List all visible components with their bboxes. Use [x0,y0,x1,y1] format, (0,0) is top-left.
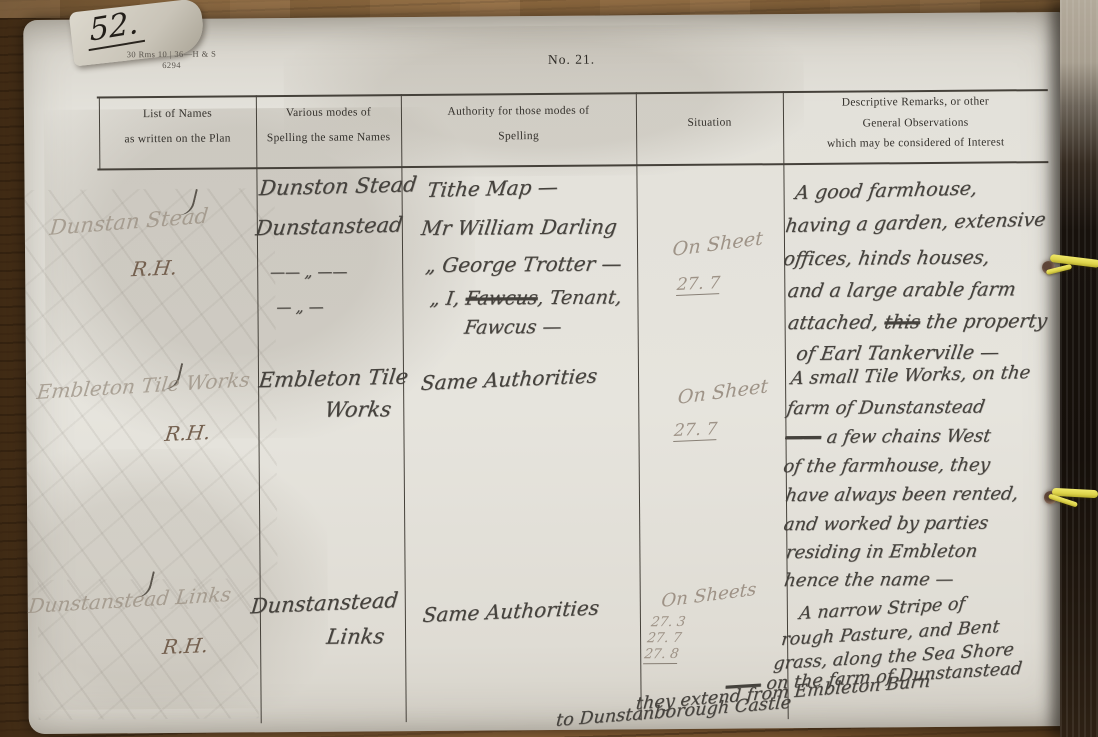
paper-stain [27,448,329,710]
scanned-register-page: 52. 30 Rms 10 | 36—H & S 6294 No. 21. Li… [0,0,1098,737]
entry2-remark-line: have always been rented, [784,485,1019,505]
entry1-authority-1: Tithe Map — [426,177,559,200]
printer-code: 30 Rms 10 | 36—H & S 6294 [101,48,241,70]
entry1-remark-line: having a garden, extensive [784,211,1047,237]
entry1-authority-5: Fawcus — [463,318,563,338]
entry3-situation-number: 27. 7 [646,632,682,646]
entry1-remark-line: attached, this the property [787,312,1049,333]
entry2-spelling-2: Works [323,399,392,421]
entry2-authority-1: Same Authorities [420,365,598,393]
header-line: Various modes of [256,107,401,120]
form-number: No. 21. [511,51,631,68]
entry1-remark-line: offices, hinds houses, [782,249,991,270]
entry1-spelling-3: —— „ —— [269,265,348,281]
entry2-remark-line: farm of Dunstanstead [786,399,987,419]
header-line: Spelling the same Names [256,132,401,145]
header-line: List of Names [99,108,256,121]
entry3-situation-number: 27. 8 [643,648,679,664]
entry1-authority-4: „ I, Fawcus, Tenant, [429,288,623,309]
document-page: 52. 30 Rms 10 | 36—H & S 6294 No. 21. Li… [23,12,1073,734]
entry1-authority-3: „ George Trotter — [424,253,623,275]
entry3-situation-sheet: On Sheets [661,581,757,611]
entry2-situation-sheet: On Sheet [677,377,768,407]
entry2-initials: R.H. [164,422,212,444]
entry2-remark-line: residing in Embleton [785,543,979,563]
entry3-remark-line: A narrow Stripe of [798,596,966,623]
header-line: General Observations [783,117,1048,131]
entry3-initials: R.H. [161,635,209,657]
header-authority: Authority for those modes of Spelling [401,105,636,156]
entry2-remark-line: hence the name — [783,571,955,590]
entry2-remark-line: and worked by parties [782,515,989,535]
entry1-remark-line: of Earl Tankerville — [795,343,1001,364]
entry3-situation-number: 27. 3 [650,616,686,630]
entry3-plan-name: Dunstanstead Links [27,584,232,616]
header-spelling: Various modes of Spelling the same Names [256,107,401,157]
header-line: Spelling [401,130,636,143]
header-names: List of Names as written on the Plan [99,108,256,158]
header-line: which may be considered of Interest [783,137,1048,151]
entry2-remark-line: A small Tile Works, on the [790,364,1032,388]
entry1-spelling-4: — „ — [275,300,324,315]
entry1-initials: R.H. [130,257,178,279]
printer-code-line: 6294 [102,59,242,71]
entry2-situation-number: 27. 7 [673,421,718,442]
entry1-authority-2: Mr William Darling [420,216,618,238]
entry1-plan-name: Dunstan Stead [49,206,210,239]
entry2-remark-line: —— a few chains West [784,428,992,448]
column-rule-3 [636,92,642,720]
header-line: Situation [636,117,783,130]
entry2-spelling-1: Embleton Tile [258,366,410,391]
entry3-authority-1: Same Authorities [422,597,600,625]
entry1-situation-number: 27. 7 [676,275,721,296]
entry2-plan-name: Embleton Tile Works [36,369,251,402]
entry2-remark-line: of the farmhouse, they [782,457,991,477]
entry3-spelling-1: Dunstanstead [250,590,399,617]
header-line: Authority for those modes of [401,105,636,118]
entry1-spelling-2: Dunstanstead [254,215,403,240]
book-binding-edge [1060,0,1098,737]
header-remarks: Descriptive Remarks, or other General Ob… [783,96,1049,164]
entry1-remark-line: A good farmhouse, [794,179,978,203]
entry1-spelling-1: Dunston Stead [258,174,418,199]
header-situation: Situation [636,117,783,143]
entry3-spelling-2: Links [325,626,385,647]
header-line: Descriptive Remarks, or other [783,96,1048,110]
header-line: as written on the Plan [99,133,256,146]
entry1-situation-sheet: On Sheet [672,229,763,259]
entry1-remark-line: and a large arable farm [786,280,1017,301]
